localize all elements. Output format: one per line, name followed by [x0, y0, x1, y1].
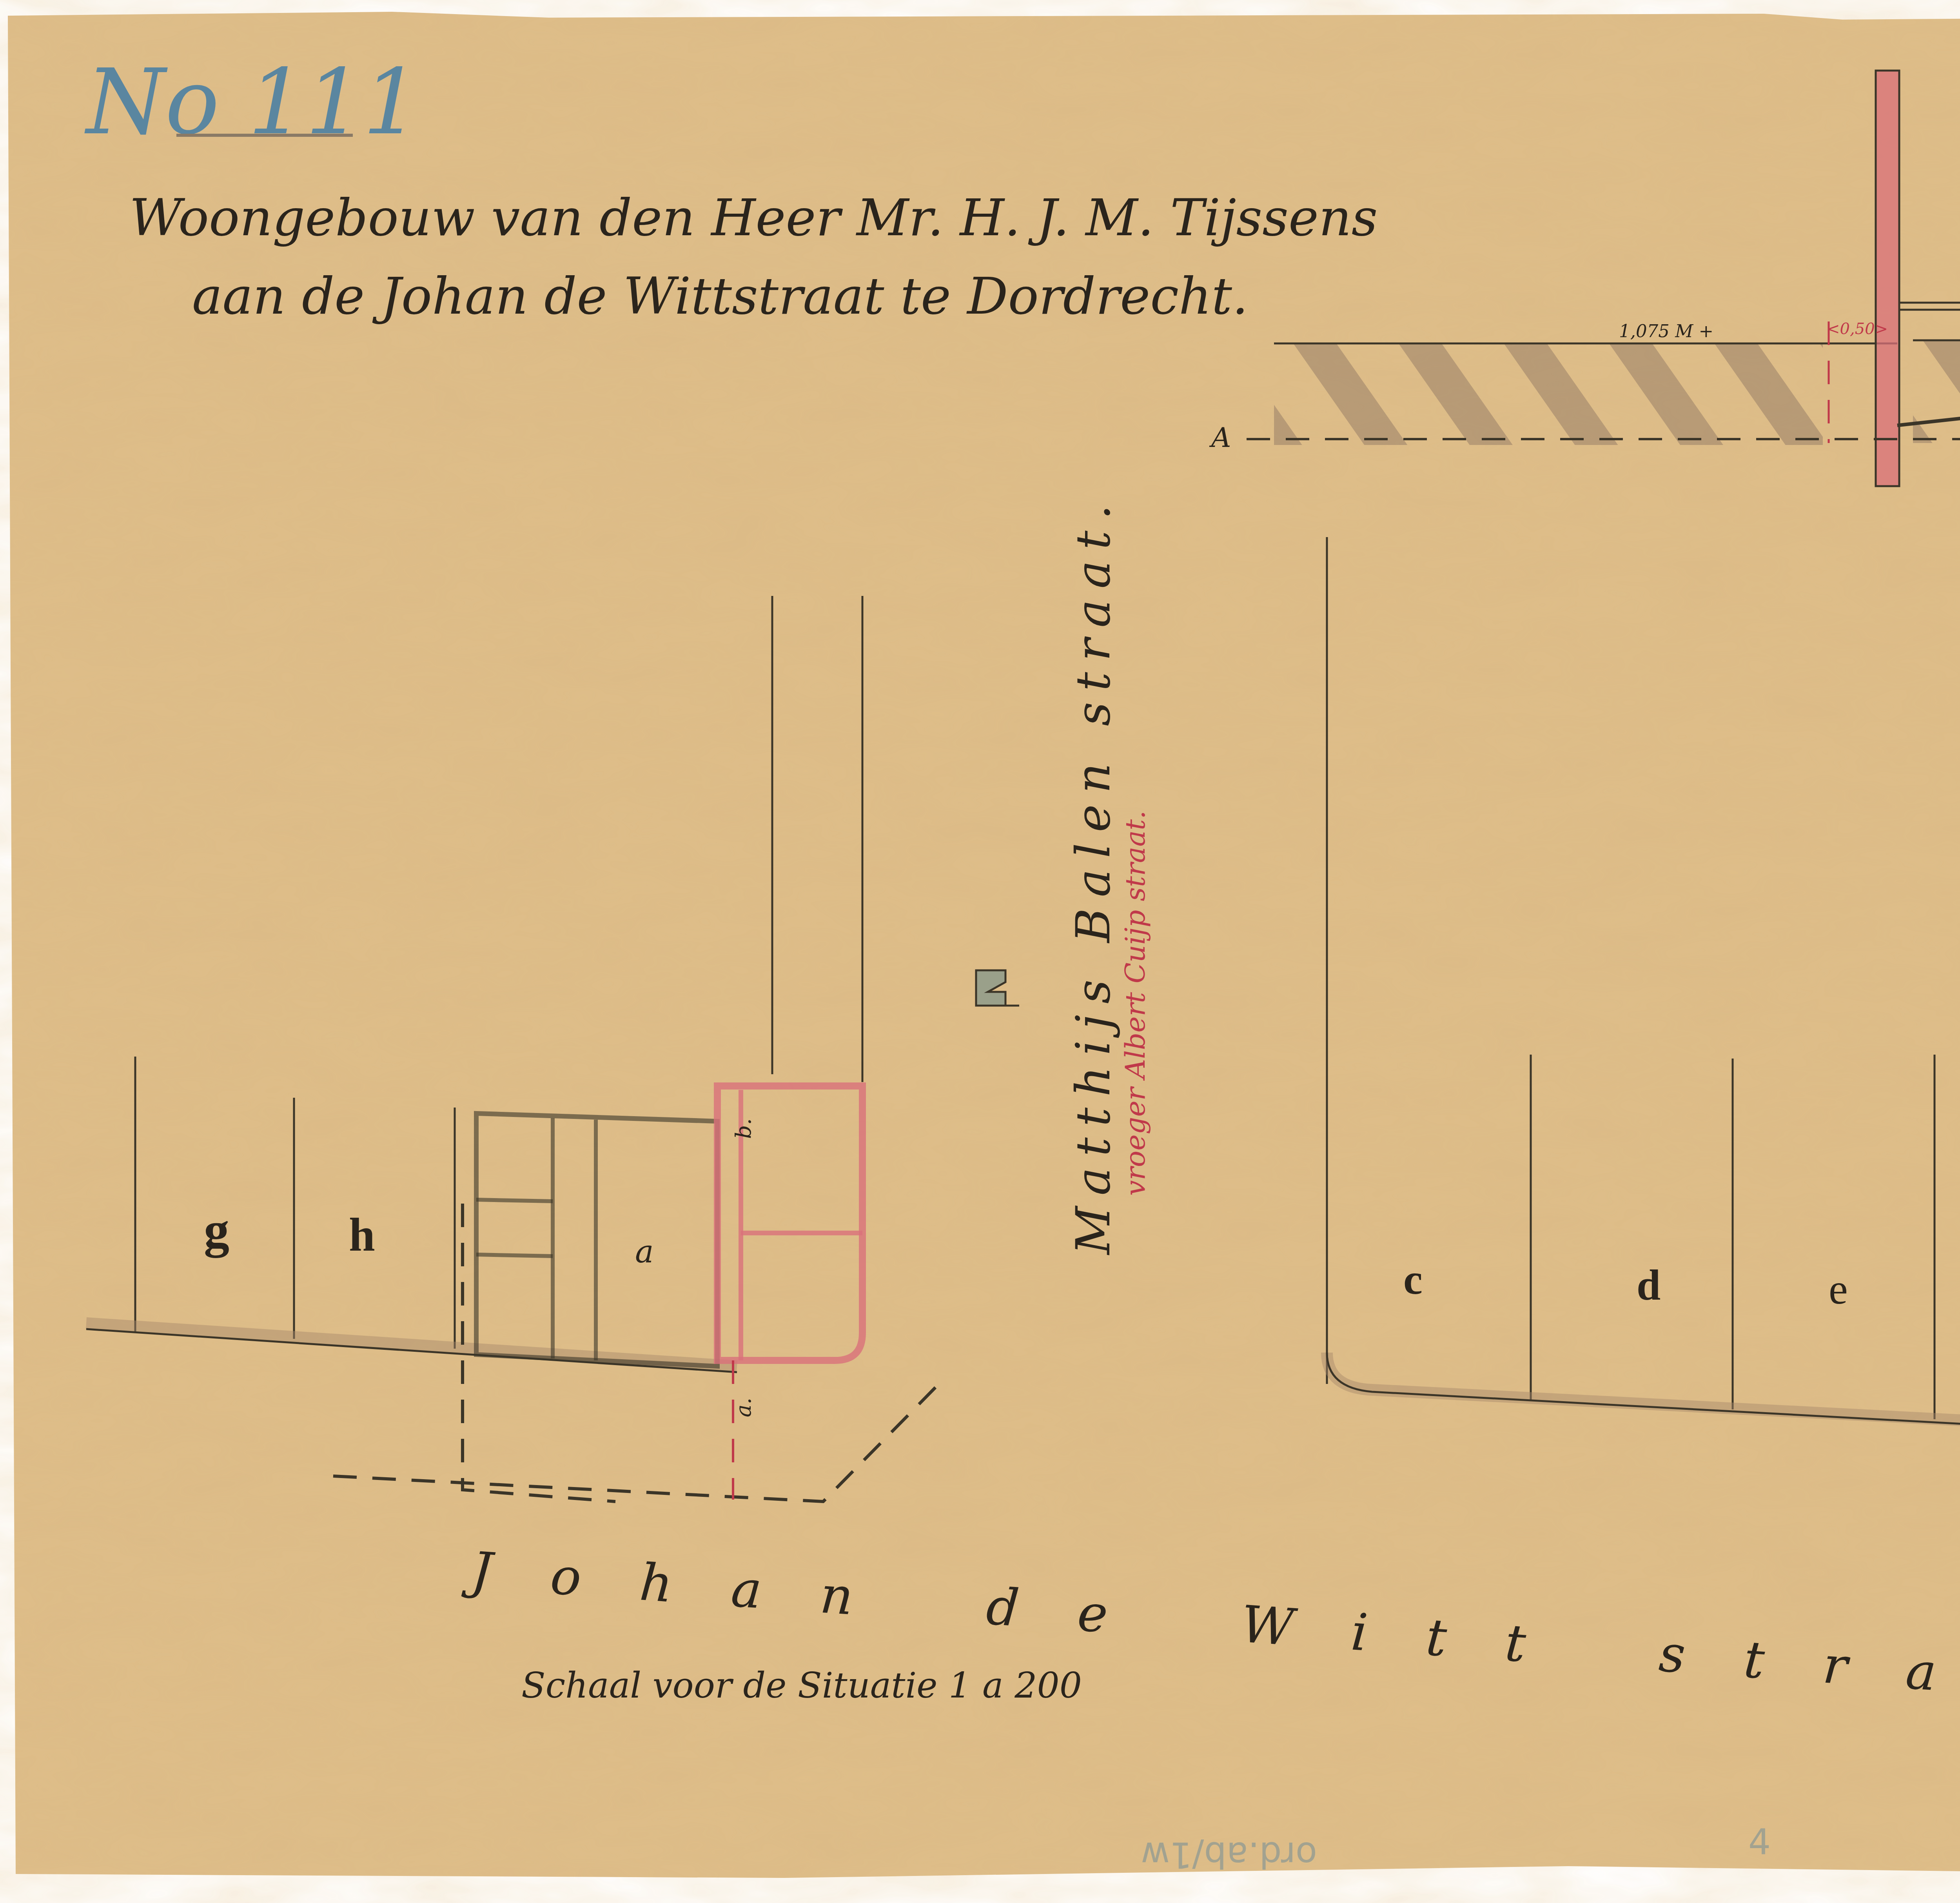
sheet-number: No 111: [84, 50, 420, 155]
street-matthijs-balen: Matthijs Balen straat.: [1066, 494, 1121, 1255]
ground-hatch-left: [1274, 343, 1823, 445]
dimension-red-label: <0,50>: [1827, 320, 1888, 338]
plot-label-h: h: [349, 1209, 375, 1261]
section-line-label-a: A: [1209, 421, 1231, 454]
architectural-drawing-sheet: No 111 Woongebouw van den Heer Mr. H. J.…: [0, 0, 1960, 1903]
section-mark-a: a.: [731, 1398, 756, 1417]
plot-label-g: g: [204, 1202, 229, 1258]
section-mark-b: b.: [731, 1118, 756, 1139]
building-a-wall: [476, 1200, 553, 1201]
site-scale: Schaal voor de Situatie 1 a 200: [521, 1665, 1082, 1706]
plot-label-c: c: [1403, 1255, 1423, 1303]
bottom-pencil-note: ord.ab/1w: [1141, 1834, 1317, 1875]
plot-label-a: a: [635, 1233, 654, 1270]
title-line-2: aan de Johan de Wittstraat te Dordrecht.: [192, 266, 1248, 326]
wall-left: [1876, 71, 1899, 486]
building-a-wall: [476, 1255, 553, 1256]
plot-label-e: e: [1829, 1265, 1848, 1313]
title-line-1: Woongebouw van den Heer Mr. H. J. M. Tij…: [129, 188, 1377, 247]
street-matthijs-balen-former: vroeger Albert Cuijp straat.: [1119, 810, 1151, 1196]
plot-label-d: d: [1637, 1261, 1661, 1309]
bottom-pencil-mark: 4: [1748, 1822, 1771, 1863]
level-left-label: 1,075 M +: [1619, 321, 1713, 341]
ground-hatch-right: [1913, 341, 1960, 443]
